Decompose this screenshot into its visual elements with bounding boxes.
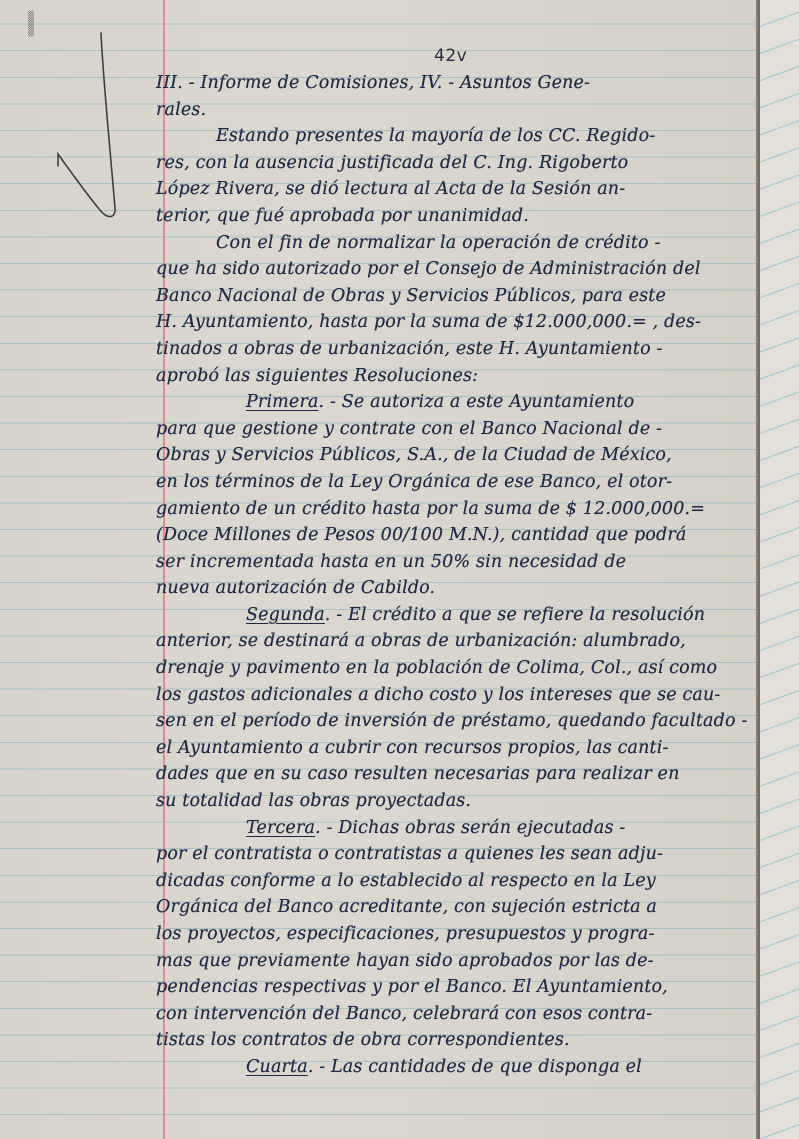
text-line: mas que previamente hayan sido aprobados… (156, 948, 756, 975)
resolution-heading-primera: Primera. - Se autoriza a este Ayuntamien… (156, 389, 756, 416)
resolution-heading-word: Segunda (246, 605, 325, 625)
text-line: H. Ayuntamiento, hasta por la suma de $1… (156, 309, 756, 336)
text-line: por el contratista o contratistas a quie… (156, 841, 756, 868)
text-line: gamiento de un crédito hasta por la suma… (156, 496, 756, 523)
text-line: nueva autorización de Cabildo. (156, 575, 756, 602)
text-line: rales. (156, 97, 756, 124)
check-mark-icon (50, 28, 130, 218)
resolution-heading-cuarta: Cuarta. - Las cantidades de que disponga… (156, 1054, 756, 1081)
next-page-edge (760, 0, 799, 1139)
text-line: los proyectos, especificaciones, presupu… (156, 921, 756, 948)
resolution-heading-word: Cuarta (246, 1057, 308, 1077)
text-line: el Ayuntamiento a cubrir con recursos pr… (156, 735, 756, 762)
text-line: res, con la ausencia justificada del C. … (156, 150, 756, 177)
text-line: dicadas conforme a lo establecido al res… (156, 868, 756, 895)
page-number: 42v (434, 46, 467, 66)
text-line: para que gestione y contrate con el Banc… (156, 416, 756, 443)
text-line: terior, que fué aprobada por unanimidad. (156, 203, 756, 230)
text-line: en los términos de la Ley Orgánica de es… (156, 469, 756, 496)
ledger-page: ▒▒▒ 42v III. - Informe de Comisiones, IV… (0, 0, 760, 1139)
text-line: Banco Nacional de Obras y Servicios Públ… (156, 283, 756, 310)
handwritten-text-body: III. - Informe de Comisiones, IV. - Asun… (156, 70, 756, 1081)
text-line: aprobó las siguientes Resoluciones: (156, 363, 756, 390)
text-line: con intervención del Banco, celebrará co… (156, 1001, 756, 1028)
text-line: su totalidad las obras proyectadas. (156, 788, 756, 815)
paragraph-start-line: Estando presentes la mayoría de los CC. … (156, 123, 756, 150)
stamp-mark-icon: ▒▒▒ (28, 14, 48, 36)
resolution-heading-tercera: Tercera. - Dichas obras serán ejecutadas… (156, 815, 756, 842)
text-line: tinados a obras de urbanización, este H.… (156, 336, 756, 363)
text-line: los gastos adicionales a dicho costo y l… (156, 682, 756, 709)
text-line: sen en el período de inversión de présta… (156, 708, 756, 735)
text-line: III. - Informe de Comisiones, IV. - Asun… (156, 70, 756, 97)
text-line: Orgánica del Banco acreditante, con suje… (156, 894, 756, 921)
text-line: que ha sido autorizado por el Consejo de… (156, 256, 756, 283)
resolution-heading-segunda: Segunda. - El crédito a que se refiere l… (156, 602, 756, 629)
text-line: drenaje y pavimento en la población de C… (156, 655, 756, 682)
text-line: ser incrementada hasta en un 50% sin nec… (156, 549, 756, 576)
resolution-heading-word: Tercera (246, 818, 315, 838)
text-line: anterior, se destinará a obras de urbani… (156, 628, 756, 655)
text-line: pendencias respectivas y por el Banco. E… (156, 974, 756, 1001)
text-line: dades que en su caso resulten necesarias… (156, 761, 756, 788)
resolution-heading-word: Primera (246, 392, 319, 412)
text-line: Obras y Servicios Públicos, S.A., de la … (156, 442, 756, 469)
text-line: tistas los contratos de obra correspondi… (156, 1027, 756, 1054)
paragraph-start-line: Con el fin de normalizar la operación de… (156, 230, 756, 257)
text-line: López Rivera, se dió lectura al Acta de … (156, 176, 756, 203)
text-line: (Doce Millones de Pesos 00/100 M.N.), ca… (156, 522, 756, 549)
